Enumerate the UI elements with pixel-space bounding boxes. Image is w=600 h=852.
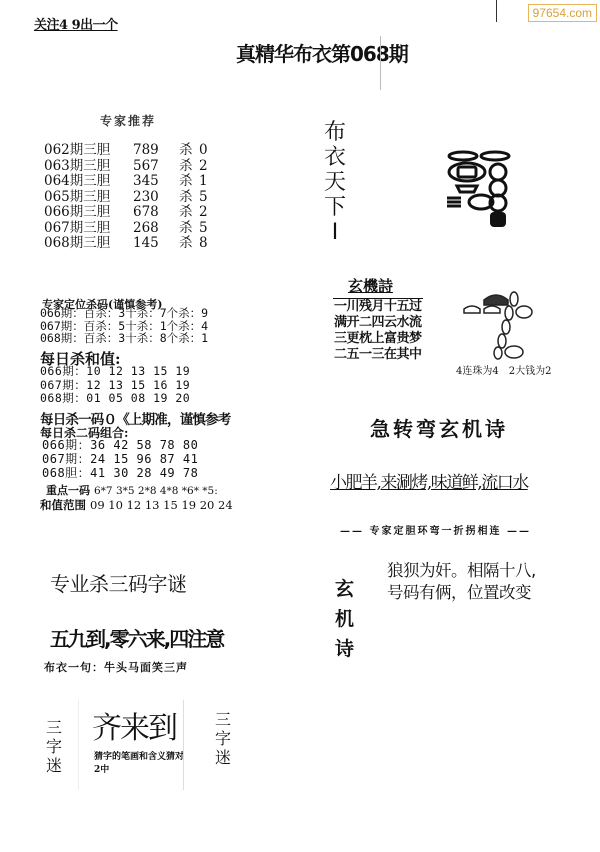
- list-item: 067期：12 13 15 16 19: [40, 379, 190, 393]
- list-item: 066期：10 12 13 15 19: [40, 365, 190, 379]
- poem-line: 二五一三在其中: [334, 347, 422, 363]
- vertical-char: 下: [322, 195, 348, 220]
- poem-line: 满开二四云水流: [334, 315, 422, 331]
- nums-cell: 567: [133, 159, 171, 175]
- table-row: 068期三胆145杀8: [44, 236, 219, 252]
- table-row: 064期三胆345杀1: [44, 174, 219, 190]
- list-item: 068胆：41 30 28 49 78: [42, 466, 198, 480]
- coins-beads-picture-icon: [456, 287, 556, 362]
- kill-cell: 5: [199, 190, 219, 206]
- follow-note: 关注4 9出一个: [34, 14, 118, 33]
- table-row: 066期三胆678杀2: [44, 205, 219, 221]
- vertical-char: 机: [335, 604, 357, 634]
- kill-label: 杀: [179, 236, 199, 252]
- kill-cell: 2: [199, 205, 219, 221]
- period-cell: 062期三胆: [44, 143, 133, 159]
- period-cell: 064期三胆: [44, 174, 133, 190]
- buyi-line: 布衣一句：牛头马面笑三声: [44, 659, 188, 675]
- abacus-picture-icon: [445, 150, 525, 230]
- kill-label: 杀: [179, 174, 199, 190]
- nums-cell: 678: [133, 205, 171, 221]
- kill-label: 杀: [179, 159, 199, 175]
- vertical-char: I: [322, 220, 348, 245]
- three-char-hint: 猜字的笔画和含义猜对2中: [94, 751, 184, 777]
- period-cell: 063期三胆: [44, 159, 133, 175]
- kill-table: 062期三胆789杀0 063期三胆567杀2 064期三胆345杀1 065期…: [44, 143, 219, 252]
- vertical-char: 诗: [335, 634, 357, 664]
- sum-range-values: 09 10 12 13 15 19 20 24: [90, 498, 233, 512]
- three-char-left-vertical: 三 字 迷: [46, 718, 64, 775]
- vertical-char: 三: [215, 710, 233, 729]
- divider: [78, 700, 79, 790]
- period-cell: 068期三胆: [44, 236, 133, 252]
- nums-cell: 345: [133, 174, 171, 190]
- list-item: 066期：36 42 58 78 80: [42, 438, 198, 452]
- period-cell: 067期三胆: [44, 221, 133, 237]
- xuanji-lines: 狼狈为奸。相隔十八, 号码有俩，位置改变: [387, 560, 536, 604]
- expert-line-text: 专家定胆环弯一折拐相连: [369, 526, 501, 537]
- vertical-char: 迷: [215, 748, 233, 767]
- period-cell: 065期三胆: [44, 190, 133, 206]
- kill-cell: 0: [199, 143, 219, 159]
- kill-cell: 8: [199, 236, 219, 252]
- vertical-char: 玄: [335, 574, 357, 604]
- poem-lines: 一川残月十五过 满开二四云水流 三更枕上富贵梦 二五一三在其中: [334, 299, 422, 363]
- table-row: 065期三胆230杀5: [44, 190, 219, 206]
- kill-cell: 5: [199, 221, 219, 237]
- kill-label: 杀: [179, 221, 199, 237]
- vertical-char: 字: [46, 737, 64, 756]
- list-item: 068期：01 05 08 19 20: [40, 392, 190, 406]
- riddle-title: 专业杀三码字谜: [50, 568, 187, 597]
- table-row: 063期三胆567杀2: [44, 159, 219, 175]
- page-title: 真精华布衣第068期: [236, 38, 408, 67]
- list-item: 068期：百杀：3十杀：8个杀：1: [40, 332, 208, 345]
- nums-cell: 789: [133, 143, 171, 159]
- daily-two-list: 066期：36 42 58 78 80 067期：24 15 96 87 41 …: [42, 438, 198, 480]
- nums-cell: 145: [133, 236, 171, 252]
- key-code-label: 重点一码: [46, 484, 90, 497]
- period-cell: 066期三胆: [44, 205, 133, 221]
- kill-section-heading: 专家推荐: [100, 112, 156, 129]
- daily-sum-list: 066期：10 12 13 15 19 067期：12 13 15 16 19 …: [40, 365, 190, 406]
- table-row: 067期三胆268杀5: [44, 221, 219, 237]
- poem-title: 玄機詩: [348, 275, 393, 296]
- nums-cell: 268: [133, 221, 171, 237]
- expert-line: —— 专家定胆环弯一折拐相连 ——: [340, 522, 531, 537]
- buyi-vertical-text: 布 衣 天 下 I: [322, 120, 348, 245]
- vertical-char: 迷: [46, 756, 64, 775]
- nums-cell: 230: [133, 190, 171, 206]
- three-char-right-vertical: 三 字 迷: [215, 710, 233, 767]
- riddle-text: 五九到,零六来,四注意: [50, 623, 223, 652]
- sum-range-label: 和值范围: [40, 498, 86, 512]
- turn-poem-phrase: 小肥羊,来涮烤,味道鲜,流口水: [330, 468, 528, 493]
- position-kill-list: 066期：百杀：3十杀：7个杀：9 067期：百杀：5十杀：1个杀：4 068期…: [40, 307, 208, 345]
- poem-line: 一川残月十五过: [334, 299, 422, 315]
- kill-cell: 2: [199, 159, 219, 175]
- kill-label: 杀: [179, 205, 199, 221]
- key-code-row: 重点一码6*7 3*5 2*8 4*8 *6* *5:: [46, 482, 218, 498]
- sum-range-row: 和值范围09 10 12 13 15 19 20 24: [40, 497, 233, 513]
- divider: [496, 0, 497, 22]
- vertical-char: 字: [215, 729, 233, 748]
- key-code-values: 6*7 3*5 2*8 4*8 *6* *5:: [94, 485, 218, 497]
- kill-cell: 1: [199, 174, 219, 190]
- divider: [380, 36, 381, 90]
- poem-line: 三更枕上富贵梦: [334, 331, 422, 347]
- vertical-char: 布: [322, 120, 348, 145]
- xuanji-vertical-text: 玄 机 诗: [335, 574, 357, 664]
- vertical-char: 衣: [322, 145, 348, 170]
- divider: [183, 700, 184, 790]
- xuanji-line: 号码有俩，位置改变: [387, 582, 536, 604]
- vertical-char: 三: [46, 718, 64, 737]
- watermark-badge: 97654.com: [528, 4, 597, 22]
- list-item: 067期：24 15 96 87 41: [42, 452, 198, 466]
- list-item: 066期：百杀：3十杀：7个杀：9: [40, 307, 208, 320]
- money-caption: 4连珠为4 2大钱为2: [456, 362, 551, 377]
- three-char-center: 齐来到: [92, 703, 176, 747]
- kill-label: 杀: [179, 143, 199, 159]
- vertical-char: 天: [322, 170, 348, 195]
- kill-label: 杀: [179, 190, 199, 206]
- xuanji-line: 狼狈为奸。相隔十八,: [387, 560, 536, 582]
- table-row: 062期三胆789杀0: [44, 143, 219, 159]
- turn-poem-title: 急转弯玄机诗: [370, 413, 508, 442]
